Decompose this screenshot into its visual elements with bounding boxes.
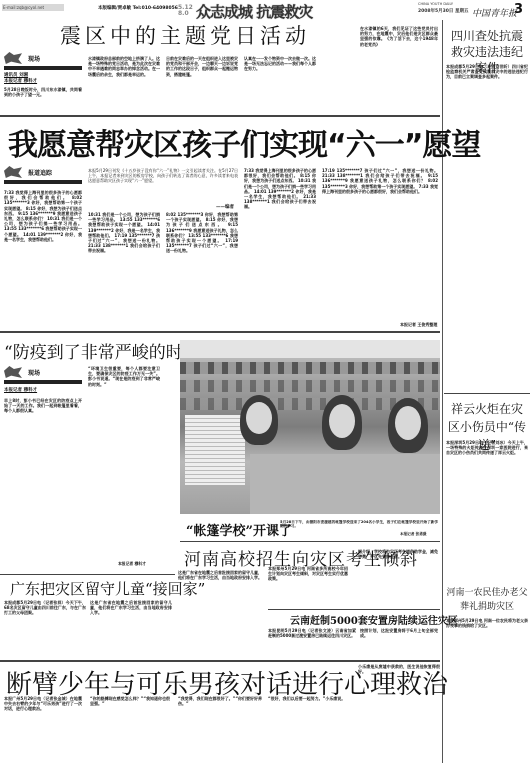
section-rule: [268, 609, 440, 610]
yunnan-col1: 本报昆明5月29日电（记者张文凌）云南省加紧赶制的5000套过渡安置房已陆续运往…: [268, 628, 356, 656]
book-stack: [185, 415, 245, 485]
headline-yunnan: 云南赶制5000套安置房陆续运往灾区: [290, 612, 458, 627]
tag-label: 现场: [28, 54, 40, 63]
headline-party-day: 震区中的主题党日活动: [60, 20, 310, 50]
sidebar-headline-bottom: 河南一农民佳办老父葬礼捐助灾区: [446, 586, 528, 614]
page-number: 3: [514, 2, 523, 17]
broken-arm-col4: “很好，我们以后要一起努力。”小乐康说。: [268, 696, 352, 763]
guangdong-col2: 这是广东省在地震之后首批接回家的留守儿童，他们将在广东学习生活，由当地政府安排入…: [90, 600, 172, 656]
children-wish-col3: 8:02 135*******3 你好，我想帮助第一个孩子实现愿望。 8:15 …: [166, 212, 238, 328]
photo-caption-title: “帐篷学校”开课了: [186, 520, 292, 539]
children-wish-tag-block: 报道追踪: [4, 166, 82, 184]
sichuan-map-icon: [4, 166, 22, 178]
broken-arm-col2: “你的胳膊现在感觉怎么样？”“我知道你也很坚强。”: [90, 696, 170, 763]
party-day-col3: 日前在灾难后的一天在组织进入这里被灾的党员和干部开会，一边聊天一边诉说党的工作的…: [166, 56, 238, 110]
children-wish-col5: 17:19 135*******7 孩子们过“六一”，我想送一份礼物。 21:3…: [322, 168, 438, 320]
section-rule: [0, 331, 440, 333]
children-wish-col4: 7:33 我觉得上海刊里的很多孩子的心愿都很好，我们会帮助他们。 8:15 你好…: [244, 168, 316, 328]
party-day-col4: 认真在一一发个物资中一次去做一次。这是一场无法忘记的活动——我们每个人都在努力。: [244, 56, 316, 110]
guangdong-col3: 这是广东省在地震之后首批接回家的留守儿童，他们将在广东学习生活，由当地政府安排入…: [178, 570, 262, 656]
editor-sign: ——编者: [216, 204, 234, 210]
email-strip: E-mail:zqb@cyol.net: [2, 4, 64, 11]
epidemic-col1: 早上8时，彭小书已经在灾区的防疫点上开始了一天的工作。我们一起到帐篷里看看，每个…: [4, 398, 82, 568]
epidemic-col2: “环境卫生很重要，每个人都要注意卫生，要确保灾区的防疫工作万无一失”。彭小书说道…: [88, 366, 160, 562]
section-rule: [0, 115, 440, 117]
party-day-lead: 5月28日晚饭时分，四川东水漆镇，共同看到的小孩子了望一元。: [4, 87, 82, 99]
henan-exam-col2: 据介绍，学校将为灾区考生提供助学金，减免学费，并优先安排住宿。: [358, 549, 438, 605]
guangdong-col1: 本报成都5月29日电（记者张祥）今天下午，68名灾区留守儿童由四川前往广东，与在…: [4, 600, 86, 656]
children-wish-footer: 本报记者 王俊秀整理: [400, 322, 437, 328]
broken-arm-col5: 小乐康是从废墟中获救的，医生说他恢复得很好。: [358, 664, 440, 763]
party-day-col2: 水漆镇政府总部前的空地上挤满了人。这是一场特殊的党日活动，是为此次在灾难中不幸遇…: [88, 56, 160, 110]
sidebar-top-body: 本报成都5月29日电（记者刘世昕）四川省纪检监察机关严肃查处抗震救灾中的违法违纪…: [446, 64, 528, 390]
sidebar-bottom-body: 本报郑州5月29日电 河南一位农民将为老父亲办丧事的钱捐给了灾区。: [446, 618, 528, 763]
tag-bar: [4, 66, 82, 70]
party-day-col5: 在水漆镇的6天，我们见证了这些党员付出的努力，在地震中，灾后他们是灾区群众最坚强…: [360, 26, 438, 110]
editor-line: 本版编辑/贾卓敏 Tel:010-64098056: [98, 5, 178, 11]
party-day-tag-block: 现场 通讯员 刘湘 本报记者 穆科才 5月28日晚饭时分，四川东水漆镇，共同看到…: [4, 52, 82, 99]
henan-exam-col1: 本报郑州5月29日电 河南省多所高校今年招生计划向灾区考生倾斜，对灾区考生实行优…: [268, 566, 348, 606]
headline-children-wish: 我愿意帮灾区孩子们实现“六一”愿望: [8, 120, 480, 164]
children-wish-col2: 10:31 我们是一个公司，想为孩子们捐一些学习用品。 13:55 133***…: [88, 212, 160, 328]
children-wish-intro: 本报5月29日刊发《十五岁孩子没有你“六一”礼物》一文引起读者关注。在5月27日…: [88, 168, 238, 202]
section-rule: [0, 574, 175, 575]
masthead-logo: 中国青年报: [472, 6, 517, 19]
banner-slogan: 众志成城 抗震救灾: [196, 1, 312, 22]
sidebar-mid-body: 本报深圳5月29日电（记者刘冰）今天上午，一场特殊的火炬传递在深圳一家医院进行，…: [446, 440, 528, 564]
broken-arm-col3: “我觉得，我们现在都很好了。”“你们要好好养伤。”: [178, 696, 262, 763]
children-wish-col1: 7:33 我觉得上海刊里的很多孩子的心愿都很好，我们会帮助他们。 8:02 13…: [4, 190, 82, 328]
section-rule: [444, 393, 530, 394]
sichuan-map-icon: [4, 52, 22, 64]
broken-arm-col1: 本报广州5月29日电（记者张金城）在地震中失去右臂的少年与“可乐男孩”进行了一次…: [4, 696, 82, 763]
epidemic-tag-block: 现场 本报记者 穆科才: [4, 366, 82, 393]
banner: 5.12 8.0 众志成城 抗震救灾: [178, 1, 312, 21]
section-rule: [180, 541, 440, 542]
section-rule: [0, 660, 440, 662]
tent-school-photo: [180, 340, 440, 514]
yunnan-col2: 按照计划，这批安置房将于6月上旬全部完成。: [360, 628, 438, 656]
sichuan-map-icon: [4, 366, 22, 378]
banner-date: 5.12 8.0: [178, 5, 196, 17]
headline-epidemic: “防疫到了非常严峻的时刻”: [4, 338, 208, 363]
headline-guangdong: 广东把灾区留守儿童“接回家”: [10, 578, 205, 599]
